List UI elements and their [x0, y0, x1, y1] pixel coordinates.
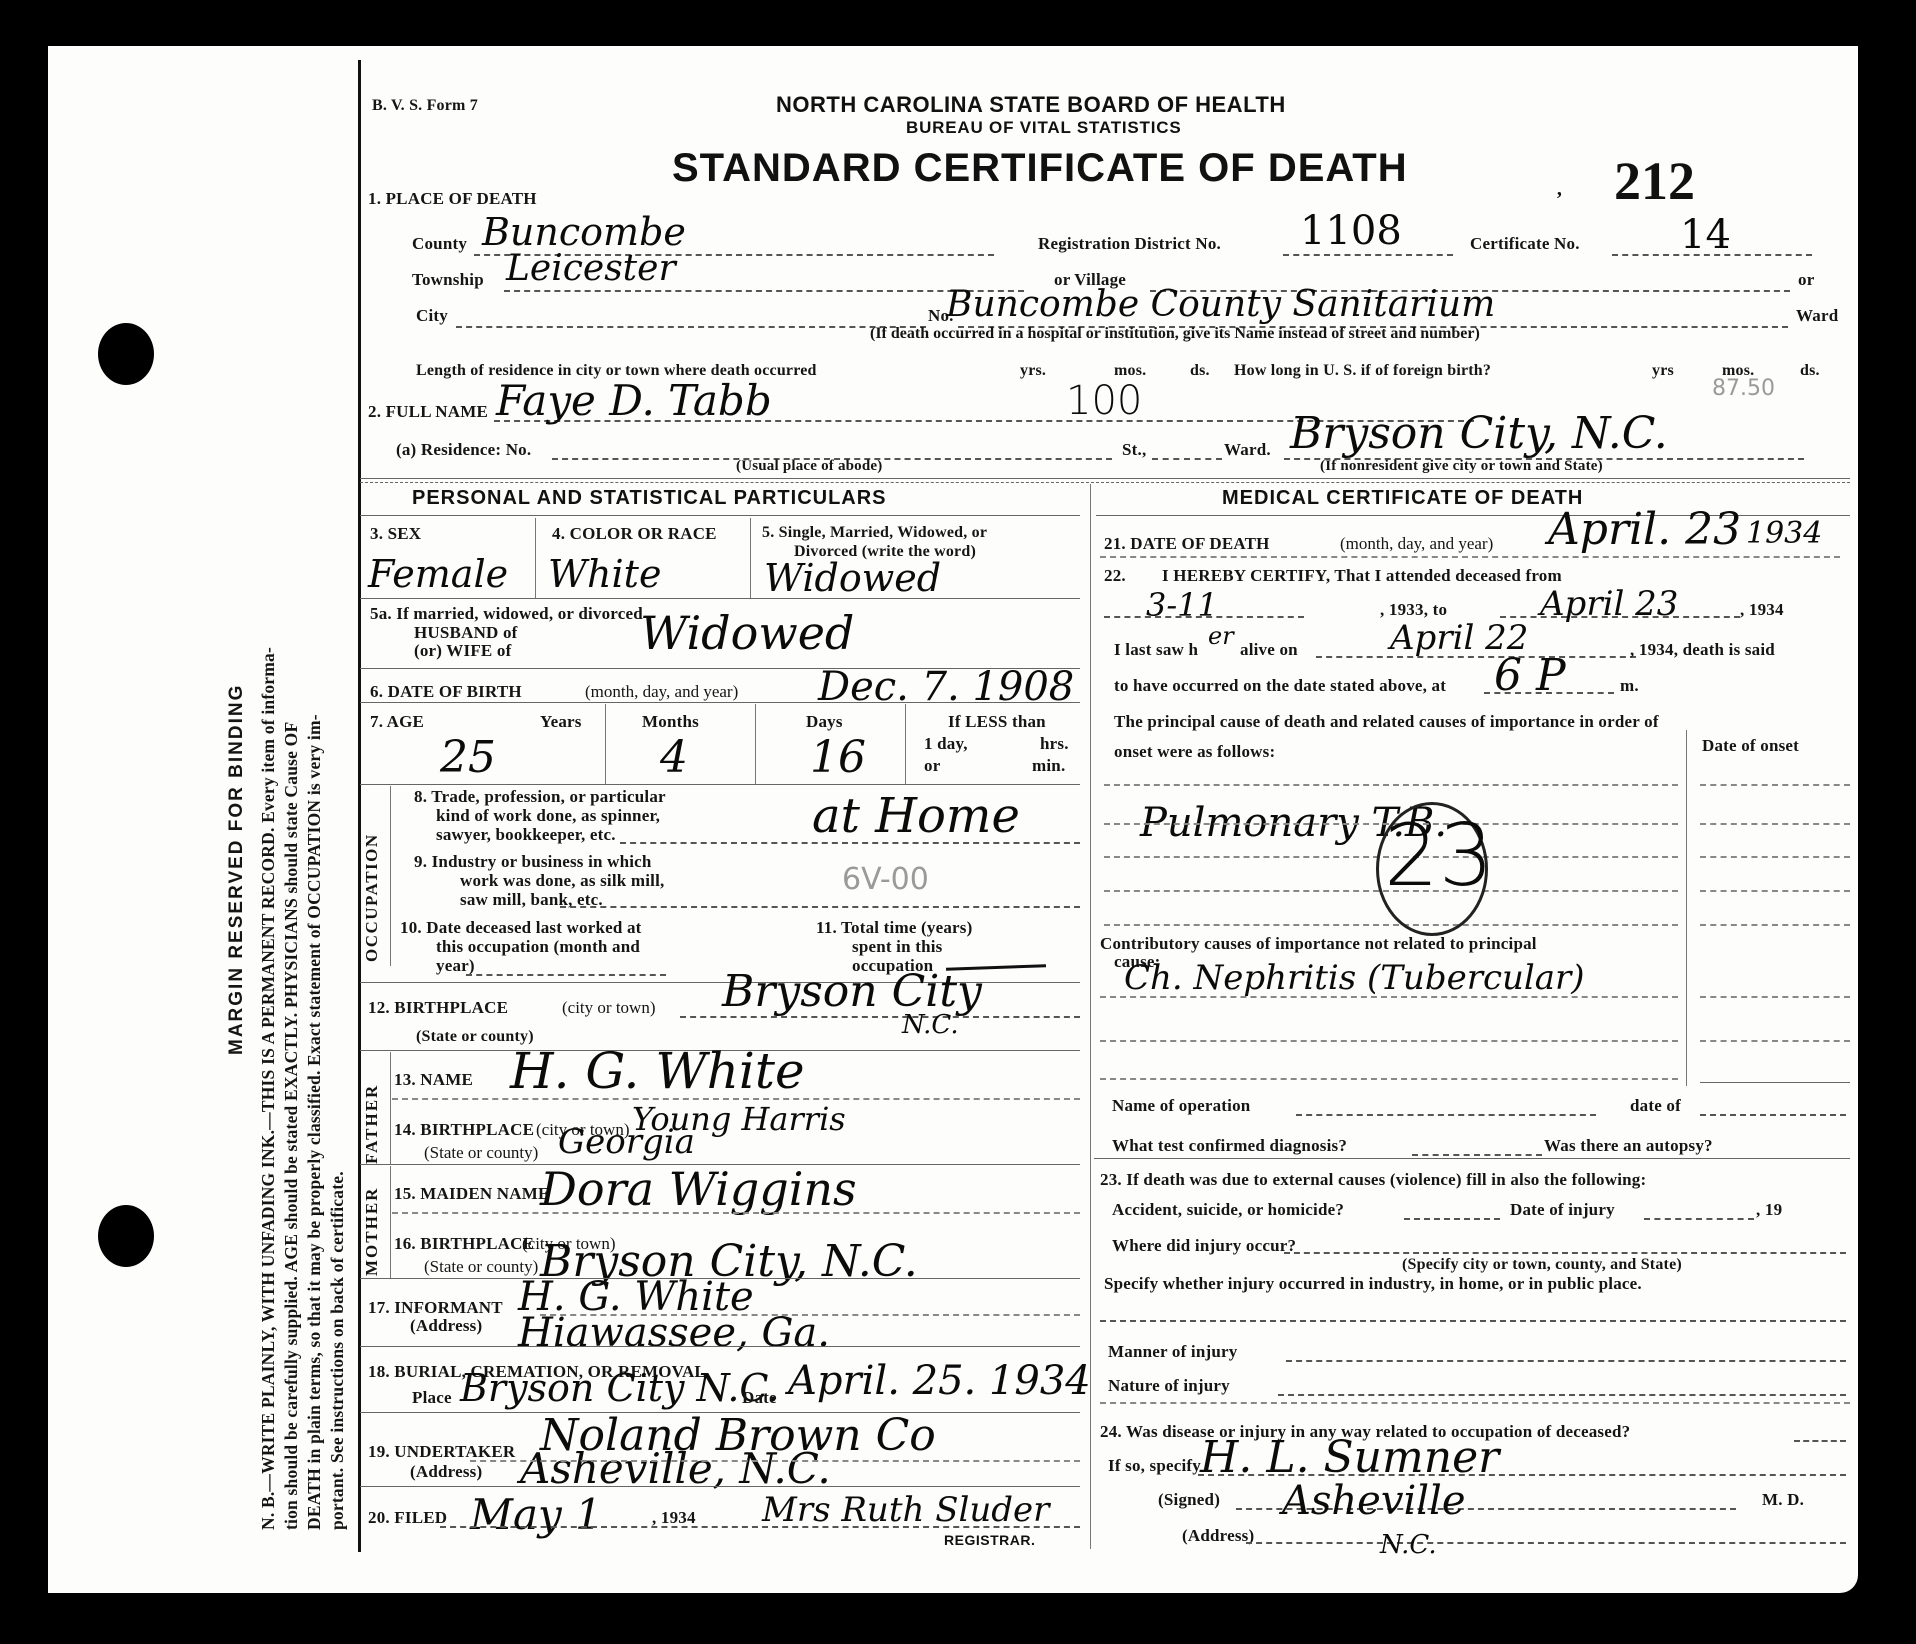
age-days-label: Days: [806, 712, 843, 732]
foreign-birth-label: How long in U. S. if of foreign birth?: [1234, 362, 1491, 380]
age-months-label: Months: [642, 712, 699, 732]
father-birthplace-state: Georgia: [558, 1122, 695, 1162]
dob-sub: (month, day, and year): [585, 682, 738, 702]
dob-label: 6. DATE OF BIRTH: [370, 682, 522, 702]
injury-where-note: (Specify city or town, county, and State…: [1402, 1256, 1682, 1274]
trade-label-2: kind of work done, as spinner,: [436, 806, 660, 826]
spouse-label-3: (or) WIFE of: [414, 641, 511, 661]
industry-label-2: work was done, as silk mill,: [460, 871, 664, 891]
punch-hole-top: [98, 323, 154, 385]
race-label: 4. COLOR OR RACE: [552, 524, 717, 544]
injury-where-label: Where did injury occur?: [1112, 1236, 1296, 1256]
age-days-value: 16: [810, 732, 866, 783]
autopsy-label: Was there an autopsy?: [1544, 1136, 1713, 1156]
physician-address-value: Asheville: [1282, 1478, 1466, 1524]
external-causes-label: 23. If death was due to external causes …: [1100, 1170, 1646, 1190]
agency-title: NORTH CAROLINA STATE BOARD OF HEALTH: [776, 92, 1286, 118]
stamp-number: 212: [1614, 150, 1695, 212]
margin-rule: [358, 60, 361, 1552]
mother-side-label: MOTHER: [362, 1187, 382, 1276]
contributory-label-1: Contributory causes of importance not re…: [1100, 934, 1537, 954]
undertaker-address-label: (Address): [410, 1462, 482, 1482]
trade-label-3: sawyer, bookkeeper, etc.: [436, 825, 616, 845]
total-time-label-1: 11. Total time (years): [816, 918, 972, 938]
nonresident-note: (If nonresident give city or town and St…: [1320, 458, 1603, 475]
spouse-label-1: 5a. If married, widowed, or divorced: [370, 604, 643, 624]
residence-value: Bryson City, N.C.: [1290, 408, 1668, 459]
personal-section-title: PERSONAL AND STATISTICAL PARTICULARS: [412, 487, 887, 510]
margin-instructions-line3: DEATH in plain terms, so that it may be …: [304, 714, 325, 1530]
occupation-side-label: OCCUPATION: [362, 833, 382, 962]
mother-name-value: Dora Wiggins: [540, 1162, 857, 1216]
ds-label: ds.: [1190, 362, 1210, 380]
street-label: St.,: [1122, 440, 1146, 460]
city-label: City: [416, 306, 448, 326]
physician-address-label: (Address): [1182, 1526, 1254, 1546]
stamp-tick: ‚: [1556, 178, 1563, 201]
ds2-label: ds.: [1800, 362, 1820, 380]
marital-value: Widowed: [764, 556, 941, 600]
margin-instructions-line2: tion should be carefully supplied. AGE s…: [281, 722, 302, 1530]
industry-label-1: 9. Industry or business in which: [414, 852, 652, 872]
or-label: or: [1798, 270, 1814, 290]
last-saw-pronoun: er: [1208, 622, 1234, 650]
bureau-title: BUREAU OF VITAL STATISTICS: [906, 118, 1181, 138]
father-birthplace-state-label: (State or county): [424, 1143, 538, 1163]
age-label: 7. AGE: [370, 712, 424, 732]
one-day-label: 1 day,: [924, 734, 968, 754]
certificate-no-label: Certificate No.: [1470, 234, 1580, 254]
circled-code: 23: [1384, 806, 1493, 906]
burial-place-value: Bryson City N.C.: [460, 1366, 779, 1410]
time-suffix: m.: [1620, 676, 1639, 696]
mother-birthplace-label: 16. BIRTHPLACE: [394, 1234, 534, 1254]
hrs-label: hrs.: [1040, 734, 1069, 754]
last-worked-label-1: 10. Date deceased last worked at: [400, 918, 642, 938]
full-name-label: 2. FULL NAME: [368, 402, 488, 422]
accident-label: Accident, suicide, or homicide?: [1112, 1200, 1344, 1220]
punch-hole-bottom: [98, 1205, 154, 1267]
sex-label: 3. SEX: [370, 524, 421, 544]
father-side-label: FATHER: [362, 1084, 382, 1164]
father-name-label: 13. NAME: [394, 1070, 473, 1090]
spouse-value: Widowed: [640, 606, 854, 660]
certify-number: 22.: [1104, 566, 1126, 586]
occurred-label: to have occurred on the date stated abov…: [1114, 676, 1446, 696]
marital-label-1: 5. Single, Married, Widowed, or: [762, 524, 987, 542]
institution-note: (If death occurred in a hospital or inst…: [870, 325, 1480, 343]
informant-address-value: Hiawassee, Ga.: [518, 1310, 830, 1356]
full-name-value: Faye D. Tabb: [496, 376, 772, 425]
margin-instructions-line1: N. B.—WRITE PLAINLY, WITH UNFADING INK.—…: [258, 647, 279, 1530]
registration-district-label: Registration District No.: [1038, 234, 1221, 254]
physician-signature: H. L. Sumner: [1200, 1432, 1499, 1483]
filed-date: May 1: [470, 1490, 602, 1539]
last-worked-label-3: year): [436, 956, 475, 976]
yrs2-label: yrs: [1652, 362, 1674, 380]
alive-on-label: alive on: [1240, 640, 1298, 660]
age-years-value: 25: [440, 732, 496, 783]
father-birthplace-label: 14. BIRTHPLACE: [394, 1120, 534, 1140]
operation-label: Name of operation: [1112, 1096, 1250, 1116]
residence-ward-label: Ward.: [1224, 440, 1271, 460]
date-of-death-year: 1934: [1746, 516, 1822, 551]
less-than-label: If LESS than: [948, 712, 1046, 732]
township-label: Township: [412, 270, 484, 290]
institution-value: Buncombe County Sanitarium: [946, 284, 1495, 325]
filed-label: 20. FILED: [368, 1508, 447, 1528]
registration-district-value: 1108: [1300, 208, 1402, 254]
test-confirmed-label: What test confirmed diagnosis?: [1112, 1136, 1347, 1156]
township-value: Leicester: [506, 248, 676, 289]
dob-value: Dec. 7. 1908: [818, 664, 1074, 710]
injury-year-label: , 19: [1756, 1200, 1782, 1220]
cause-intro-1: The principal cause of death and related…: [1114, 712, 1659, 732]
sex-value: Female: [368, 552, 508, 596]
attended-to-year: , 1934: [1740, 600, 1784, 620]
registrar-signature: Mrs Ruth Sluder: [762, 1490, 1049, 1530]
race-value: White: [548, 552, 661, 596]
margin-binding-note: MARGIN RESERVED FOR BINDING: [226, 684, 248, 1055]
attended-to-value: April 23: [1540, 584, 1678, 624]
ward-label: Ward: [1796, 306, 1838, 326]
medical-section-title: MEDICAL CERTIFICATE OF DEATH: [1222, 487, 1583, 510]
burial-place-label: Place: [412, 1388, 452, 1408]
birthplace-label: 12. BIRTHPLACE: [368, 998, 508, 1018]
pencil-mark: 87.50: [1712, 376, 1775, 401]
min-label: min.: [1032, 756, 1065, 776]
document-title: STANDARD CERTIFICATE OF DEATH: [672, 146, 1408, 191]
informant-address-label: (Address): [410, 1316, 482, 1336]
place-of-death-label: 1. PLACE OF DEATH: [368, 189, 537, 209]
last-saw-year: , 1934, death is said: [1630, 640, 1775, 660]
attended-from-value: 3-11: [1146, 586, 1218, 624]
certify-label: I HEREBY CERTIFY, That I attended deceas…: [1162, 566, 1562, 586]
industry-pencil-mark: 6V-00: [842, 862, 929, 897]
spouse-label-2: HUSBAND of: [414, 623, 518, 643]
undertaker-label: 19. UNDERTAKER: [368, 1442, 515, 1462]
nature-of-injury-label: Nature of injury: [1108, 1376, 1230, 1396]
trade-label-1: 8. Trade, profession, or particular: [414, 787, 666, 807]
mother-name-label: 15. MAIDEN NAME: [394, 1184, 550, 1204]
date-of-onset-label: Date of onset: [1702, 736, 1799, 756]
registrar-label: REGISTRAR.: [944, 1532, 1035, 1548]
date-of-death-value: April. 23: [1548, 504, 1741, 555]
burial-date-label: Date: [742, 1388, 777, 1408]
cause-intro-2: onset were as follows:: [1114, 742, 1275, 762]
last-worked-label-2: this occupation (month and: [436, 937, 640, 957]
signed-label: (Signed): [1158, 1490, 1220, 1510]
physician-address-state: N.C.: [1380, 1530, 1437, 1560]
last-saw-label: I last saw h: [1114, 640, 1198, 660]
yrs-label: yrs.: [1020, 362, 1046, 380]
date-of-death-sub: (month, day, and year): [1340, 534, 1493, 554]
manner-of-injury-label: Manner of injury: [1108, 1342, 1237, 1362]
margin-mark-100: 100: [1066, 378, 1142, 424]
abode-note: (Usual place of abode): [736, 458, 882, 475]
md-label: M. D.: [1762, 1490, 1804, 1510]
attended-from-year: , 1933, to: [1380, 600, 1447, 620]
margin-instructions-line4: portant. See instructions on back of cer…: [327, 1171, 348, 1530]
birthplace-state-value: N.C.: [902, 1010, 959, 1040]
birthplace-sub: (city or town): [562, 998, 655, 1018]
age-years-label: Years: [540, 712, 582, 732]
injury-date-label: Date of injury: [1510, 1200, 1615, 1220]
burial-date-value: April. 25. 1934: [788, 1358, 1091, 1404]
county-label: County: [412, 234, 467, 254]
informant-label: 17. INFORMANT: [368, 1298, 503, 1318]
total-time-label-2: spent in this: [852, 937, 942, 957]
contributory-value: Ch. Nephritis (Tubercular): [1124, 958, 1585, 998]
date-of-death-label: 21. DATE OF DEATH: [1104, 534, 1270, 554]
injury-specify-label: Specify whether injury occurred in indus…: [1104, 1274, 1642, 1294]
operation-date-label: date of: [1630, 1096, 1681, 1116]
form-id: B. V. S. Form 7: [372, 97, 478, 115]
residence-label: (a) Residence: No.: [396, 440, 531, 460]
time-of-death-value: 6 P: [1494, 650, 1566, 701]
if-so-specify-label: If so, specify: [1108, 1456, 1201, 1476]
filed-year: , 1934: [652, 1508, 696, 1528]
or-label-age: or: [924, 756, 940, 776]
father-name-value: H. G. White: [510, 1042, 805, 1100]
certificate-no-value: 14: [1680, 212, 1731, 258]
age-months-value: 4: [660, 732, 688, 783]
trade-value: at Home: [812, 788, 1020, 844]
